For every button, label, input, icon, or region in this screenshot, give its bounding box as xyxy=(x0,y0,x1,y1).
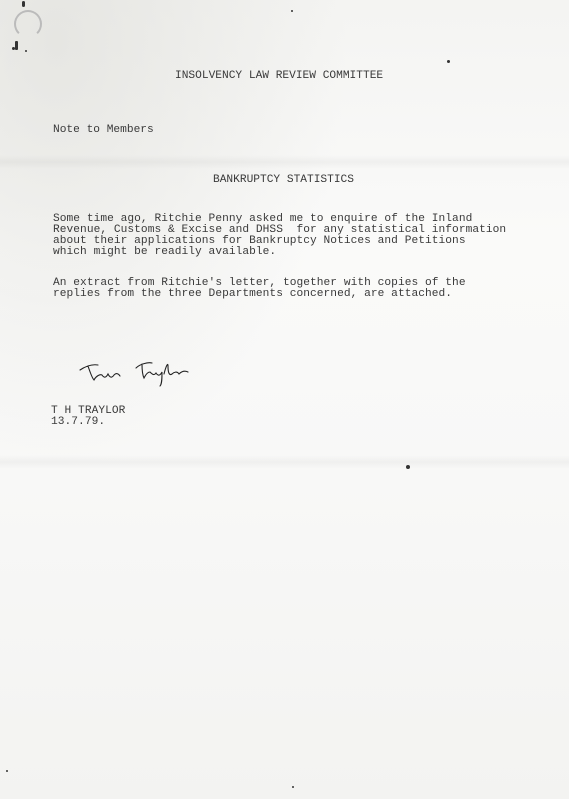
subject-heading: BANKRUPTCY STATISTICS xyxy=(213,174,354,186)
signature-icon xyxy=(78,358,198,388)
ink-speck xyxy=(6,770,8,772)
ink-speck xyxy=(25,50,27,52)
paragraph-line: replies from the three Departments conce… xyxy=(53,289,452,301)
committee-heading: INSOLVENCY LAW REVIEW COMMITTEE xyxy=(175,70,383,82)
punch-hole-mark xyxy=(14,10,42,38)
ink-speck xyxy=(22,1,25,7)
ink-speck xyxy=(447,60,450,63)
ink-speck xyxy=(12,47,15,50)
ink-speck xyxy=(406,465,410,469)
ink-speck xyxy=(15,41,18,50)
paper-crease xyxy=(0,455,569,469)
handwritten-signature xyxy=(78,358,198,393)
ink-speck xyxy=(292,786,294,788)
ink-speck xyxy=(291,10,293,12)
paper-crease xyxy=(0,155,569,169)
document-date: 13.7.79. xyxy=(51,417,105,429)
addressee-line: Note to Members xyxy=(53,124,154,136)
document-page: INSOLVENCY LAW REVIEW COMMITTEE Note to … xyxy=(0,0,569,799)
paragraph-line: which might be readily available. xyxy=(53,247,276,259)
